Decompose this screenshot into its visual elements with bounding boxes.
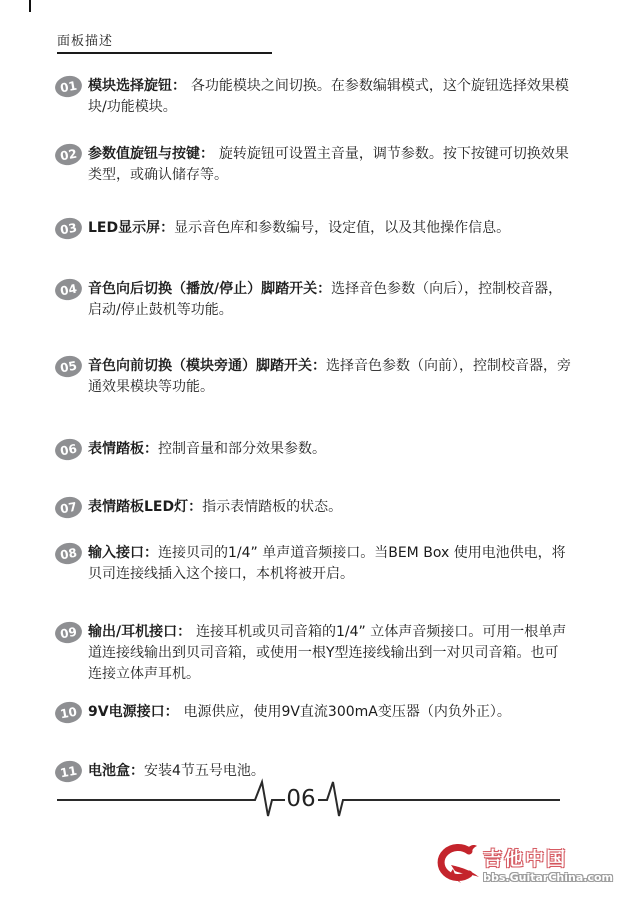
item-text: 模块选择旋钮： 各功能模块之间切换。在参数编辑模式，这个旋钮选择效果模块/功能模…	[88, 76, 571, 118]
item-text: 9V电源接口： 电源供应，使用9V直流300mA变压器（内负外正）。	[88, 702, 511, 723]
item-number-badge: 10	[53, 700, 83, 725]
item-number-badge: 02	[53, 142, 83, 167]
item-number-badge: 08	[53, 541, 83, 566]
item-description: 指示表情踏板的状态。	[202, 499, 342, 515]
list-item: 01 模块选择旋钮： 各功能模块之间切换。在参数编辑模式，这个旋钮选择效果模块/…	[55, 76, 571, 118]
list-item: 04 音色向后切换（播放/停止）脚踏开关：选择音色参数（向后），控制校音器，启动…	[55, 279, 571, 321]
item-description: 电源供应，使用9V直流300mA变压器（内负外正）。	[183, 704, 510, 720]
page-title: 面板描述	[57, 30, 272, 49]
header-rule	[57, 52, 272, 54]
dragon-g-icon	[431, 841, 481, 887]
item-label: 输出/耳机接口：	[88, 624, 196, 640]
item-number-badge: 01	[53, 74, 83, 99]
item-label: 表情踏板LED灯：	[88, 499, 202, 515]
list-item: 06 表情踏板：控制音量和部分效果参数。	[55, 439, 571, 460]
crop-mark	[29, 0, 31, 12]
item-number-badge: 05	[53, 354, 83, 379]
item-label: 音色向后切换（播放/停止）脚踏开关：	[88, 281, 331, 297]
item-description: 安装4节五号电池。	[144, 763, 265, 779]
list-item: 05 音色向前切换（模块旁通）脚踏开关：选择音色参数（向前），控制校音器，旁通效…	[55, 356, 571, 398]
item-label: 电池盒：	[88, 763, 144, 779]
item-text: 表情踏板：控制音量和部分效果参数。	[88, 439, 326, 460]
page-footer: 06	[57, 778, 560, 822]
item-text: 输出/耳机接口： 连接耳机或贝司音箱的1/4” 立体声音频接口。可用一根单声道连…	[88, 622, 571, 685]
panel-description-list: 01 模块选择旋钮： 各功能模块之间切换。在参数编辑模式，这个旋钮选择效果模块/…	[55, 76, 571, 782]
item-label: 模块选择旋钮：	[88, 78, 191, 94]
manual-page: { "page": { "header": { "title": "面板描述" …	[0, 0, 617, 897]
watermark-title: 吉他中国	[483, 844, 567, 871]
item-number-badge: 09	[53, 620, 83, 645]
item-label: 参数值旋钮与按键：	[88, 146, 219, 162]
item-label: LED显示屏：	[88, 220, 174, 236]
list-item: 08 输入接口：连接贝司的1/4” 单声道音频接口。当BEM Box 使用电池供…	[55, 543, 571, 585]
item-text: LED显示屏：显示音色库和参数编号，设定值，以及其他操作信息。	[88, 218, 510, 239]
item-label: 输入接口：	[88, 545, 158, 561]
guitarchina-watermark: 吉他中国 bbs.GuitarChina.com	[431, 841, 613, 887]
item-description: 显示音色库和参数编号，设定值，以及其他操作信息。	[174, 220, 510, 236]
item-text: 参数值旋钮与按键： 旋转旋钮可设置主音量，调节参数。按下按键可切换效果类型，或确…	[88, 144, 571, 186]
item-number-badge: 03	[53, 216, 83, 241]
item-label: 音色向前切换（模块旁通）脚踏开关：	[88, 358, 326, 374]
item-text: 输入接口：连接贝司的1/4” 单声道音频接口。当BEM Box 使用电池供电，将…	[88, 543, 571, 585]
item-description: 连接贝司的1/4” 单声道音频接口。当BEM Box 使用电池供电，将贝司连接线…	[88, 545, 566, 582]
item-number-badge: 06	[53, 437, 83, 462]
item-label: 表情踏板：	[88, 441, 158, 457]
item-number-badge: 04	[53, 277, 83, 302]
page-number: 06	[279, 786, 323, 812]
page-header: 面板描述	[57, 30, 272, 54]
item-description: 控制音量和部分效果参数。	[158, 441, 326, 457]
list-item: 07 表情踏板LED灯：指示表情踏板的状态。	[55, 497, 571, 518]
item-number-badge: 07	[53, 495, 83, 520]
item-label: 9V电源接口：	[88, 704, 183, 720]
list-item: 03 LED显示屏：显示音色库和参数编号，设定值，以及其他操作信息。	[55, 218, 571, 239]
item-text: 音色向前切换（模块旁通）脚踏开关：选择音色参数（向前），控制校音器，旁通效果模块…	[88, 356, 571, 398]
list-item: 02 参数值旋钮与按键： 旋转旋钮可设置主音量，调节参数。按下按键可切换效果类型…	[55, 144, 571, 186]
watermark-text: 吉他中国 bbs.GuitarChina.com	[483, 844, 613, 884]
list-item: 10 9V电源接口： 电源供应，使用9V直流300mA变压器（内负外正）。	[55, 702, 571, 723]
item-text: 表情踏板LED灯：指示表情踏板的状态。	[88, 497, 342, 518]
watermark-subtitle: bbs.GuitarChina.com	[483, 871, 613, 884]
item-text: 音色向后切换（播放/停止）脚踏开关：选择音色参数（向后），控制校音器，启动/停止…	[88, 279, 571, 321]
list-item: 09 输出/耳机接口： 连接耳机或贝司音箱的1/4” 立体声音频接口。可用一根单…	[55, 622, 571, 685]
